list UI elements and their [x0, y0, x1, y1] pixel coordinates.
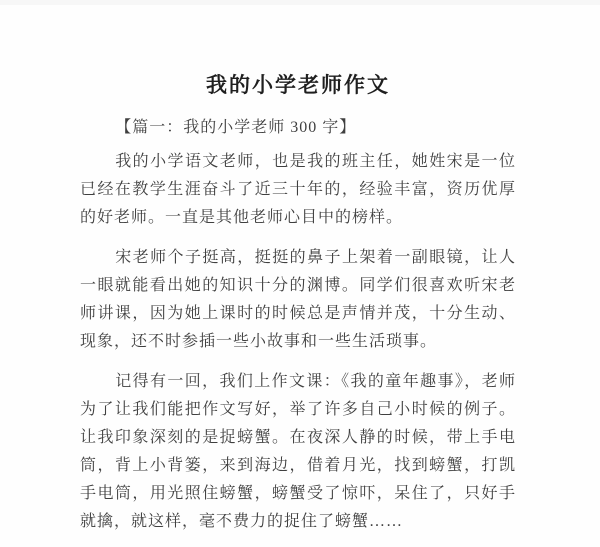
document-page: 我的小学老师作文 【篇一：我的小学老师 300 字】 我的小学语文老师，也是我的… [0, 0, 600, 547]
essay-paragraph-1: 我的小学语文老师，也是我的班主任，她姓宋是一位已经在教学生涯奋斗了近三十年的，经… [80, 148, 516, 232]
essay-paragraph-3: 记得有一回，我们上作文课：《我的童年趣事》，老师为了让我们能把作文写好，举了许多… [80, 368, 516, 536]
essay-paragraph-2: 宋老师个子挺高，挺挺的鼻子上架着一副眼镜，让人一眼就能看出她的知识十分的渊博。同… [80, 244, 516, 356]
document-title: 我的小学老师作文 [80, 0, 516, 100]
section-heading: 【篇一：我的小学老师 300 字】 [80, 114, 516, 142]
scan-artifact-top-strip [0, 0, 600, 5]
